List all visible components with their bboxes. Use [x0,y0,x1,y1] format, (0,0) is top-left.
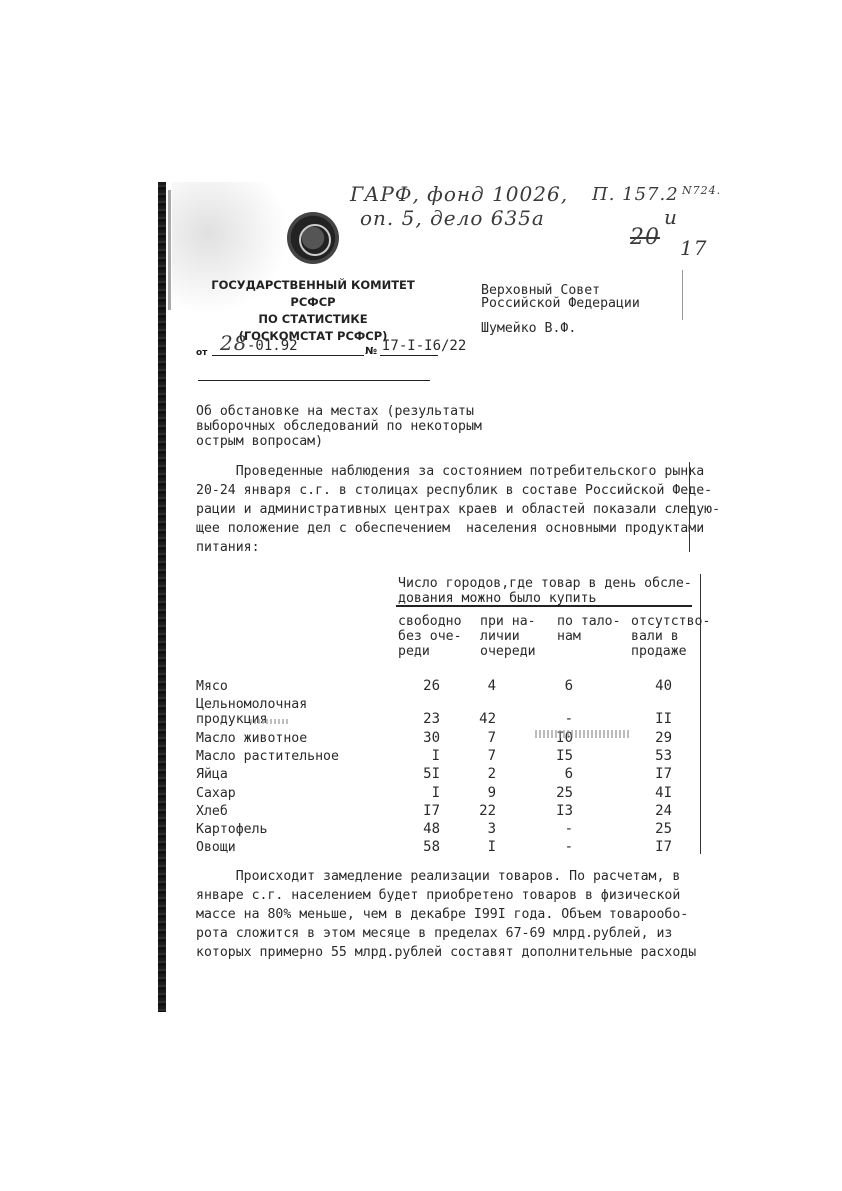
paragraph-line: Происходит замедление реализации товаров… [196,867,696,886]
table-cell: 6 [533,679,573,694]
date-day-handwritten: 28 [220,331,247,355]
table-cell: 23 [400,712,440,727]
table-cell: 6 [533,767,573,782]
scan-smudge [535,730,630,738]
product-name: Картофель [196,822,267,837]
paragraph-line: щее положение дел с обеспечением населен… [196,519,720,538]
column-header-line: реди [398,644,462,659]
sheet-old-number: 20 [630,225,660,250]
column-header-line: личии [480,629,536,644]
table-cell: - [533,822,573,837]
scan-smudge [250,719,290,724]
column-header-line: очереди [480,644,536,659]
table-cell: 24 [632,804,672,819]
table-cell: 40 [632,679,672,694]
table-cell: I [400,749,440,764]
table-cell: I7 [632,767,672,782]
table-cell: 53 [632,749,672,764]
table-cell: 5I [400,767,440,782]
column-header-line: по тало- [557,614,621,629]
table-cell: 58 [400,840,440,855]
pencil-mark [682,270,683,320]
archive-number: N724. [682,184,721,197]
table-cell: 30 [400,731,440,746]
table-cell: 4I [632,786,672,801]
recipient-person: Шумейко В.Ф. [481,321,576,336]
org-line2: ПО СТАТИСТИКЕ [198,311,428,328]
column-header-line: отсутство- [631,614,710,629]
table-cell: 22 [456,804,496,819]
group-header-line: дования можно было купить [398,591,692,606]
column-header-line: нам [557,629,621,644]
date-typed: -01.92 [247,339,298,354]
group-header-line: Число городов,где товар в день обсле- [398,576,692,591]
scan-binding-edge [158,182,166,1012]
paragraph-line: массе на 80% меньше, чем в декабре I99I … [196,905,696,924]
intro-paragraph: Проведенные наблюдения за состоянием пот… [196,462,720,557]
table-cell: 26 [400,679,440,694]
paragraph-line: Проведенные наблюдения за состоянием пот… [196,462,720,481]
column-header: отсутство-вали впродаже [631,614,710,659]
table-cell: I5 [533,749,573,764]
margin-line [689,462,690,552]
blank-line [198,380,430,381]
table-cell: II [632,712,672,727]
date-underline [212,355,364,356]
table-header-rule [396,605,692,607]
table-cell: I7 [632,840,672,855]
table-cell: I [400,786,440,801]
paragraph-line: которых примерно 55 млрд.рублей составят… [196,943,696,962]
archive-ref: П. 157.2 [592,184,679,205]
table-cell: - [533,840,573,855]
product-name: Хлеб [196,804,228,819]
table-cell: 29 [632,731,672,746]
paragraph-line: питания: [196,538,720,557]
paragraph-line: рота сложится в этом месяце в пределах 6… [196,924,696,943]
table-cell: 7 [456,749,496,764]
table-group-header: Число городов,где товар в день обсле- до… [398,576,692,606]
number-underline [380,355,438,356]
paragraph-line: 20-24 января с.г. в столицах республик в… [196,481,720,500]
table-cell: 3 [456,822,496,837]
archive-note-line2: оп. 5, дело 635а [360,206,545,230]
scan-binding-shadow [168,190,171,310]
closing-paragraph: Происходит замедление реализации товаров… [196,867,696,962]
column-header: по тало-нам [557,614,621,644]
table-cell: 25 [533,786,573,801]
product-name: Яйца [196,767,228,782]
date-prefix: от [196,348,207,358]
table-cell: 7 [456,731,496,746]
table-cell: 48 [400,822,440,837]
table-cell: I7 [400,804,440,819]
column-header: при на-личииочереди [480,614,536,659]
subject-line: Об обстановке на местах (результаты [196,404,482,419]
paragraph-line: рации и административных центрах краев и… [196,500,720,519]
product-name: Сахар [196,786,236,801]
table-cell: 9 [456,786,496,801]
sheet-mark: и [664,205,678,229]
column-header-line: свободно [398,614,462,629]
subject-line: выборочных обследований по некоторым [196,419,482,434]
recipient-line2: Российской Федерации [481,296,640,311]
column-header: свободнобез оче-реди [398,614,462,659]
document-number: I7-I-I6/22 [382,339,466,354]
table-cell: 4 [456,679,496,694]
product-name: Овощи [196,840,236,855]
subject-line: острым вопросам) [196,434,482,449]
table-cell: 25 [632,822,672,837]
column-header-line: при на- [480,614,536,629]
subject: Об обстановке на местах (результаты выбо… [196,404,482,449]
column-header-line: вали в [631,629,710,644]
number-prefix: № [365,346,377,357]
column-header-line: продаже [631,644,710,659]
table-cell: I3 [533,804,573,819]
table-cell: I [456,840,496,855]
org-line1: ГОСУДАРСТВЕННЫЙ КОМИТЕТ РСФСР [198,277,428,311]
sheet-new-number: 17 [680,236,707,260]
product-name: Мясо [196,679,228,694]
paragraph-line: январе с.г. населением будет приобретено… [196,886,696,905]
product-name: Масло животное [196,731,307,746]
column-header-line: без оче- [398,629,462,644]
product-name: Цельномолочная [196,697,307,712]
table-cell: - [533,712,573,727]
product-name: Масло растительное [196,749,339,764]
table-cell: 42 [456,712,496,727]
rsfsr-emblem-icon [287,212,339,264]
archive-note-line1: ГАРФ, фонд 10026, [350,182,568,206]
table-cell: 2 [456,767,496,782]
